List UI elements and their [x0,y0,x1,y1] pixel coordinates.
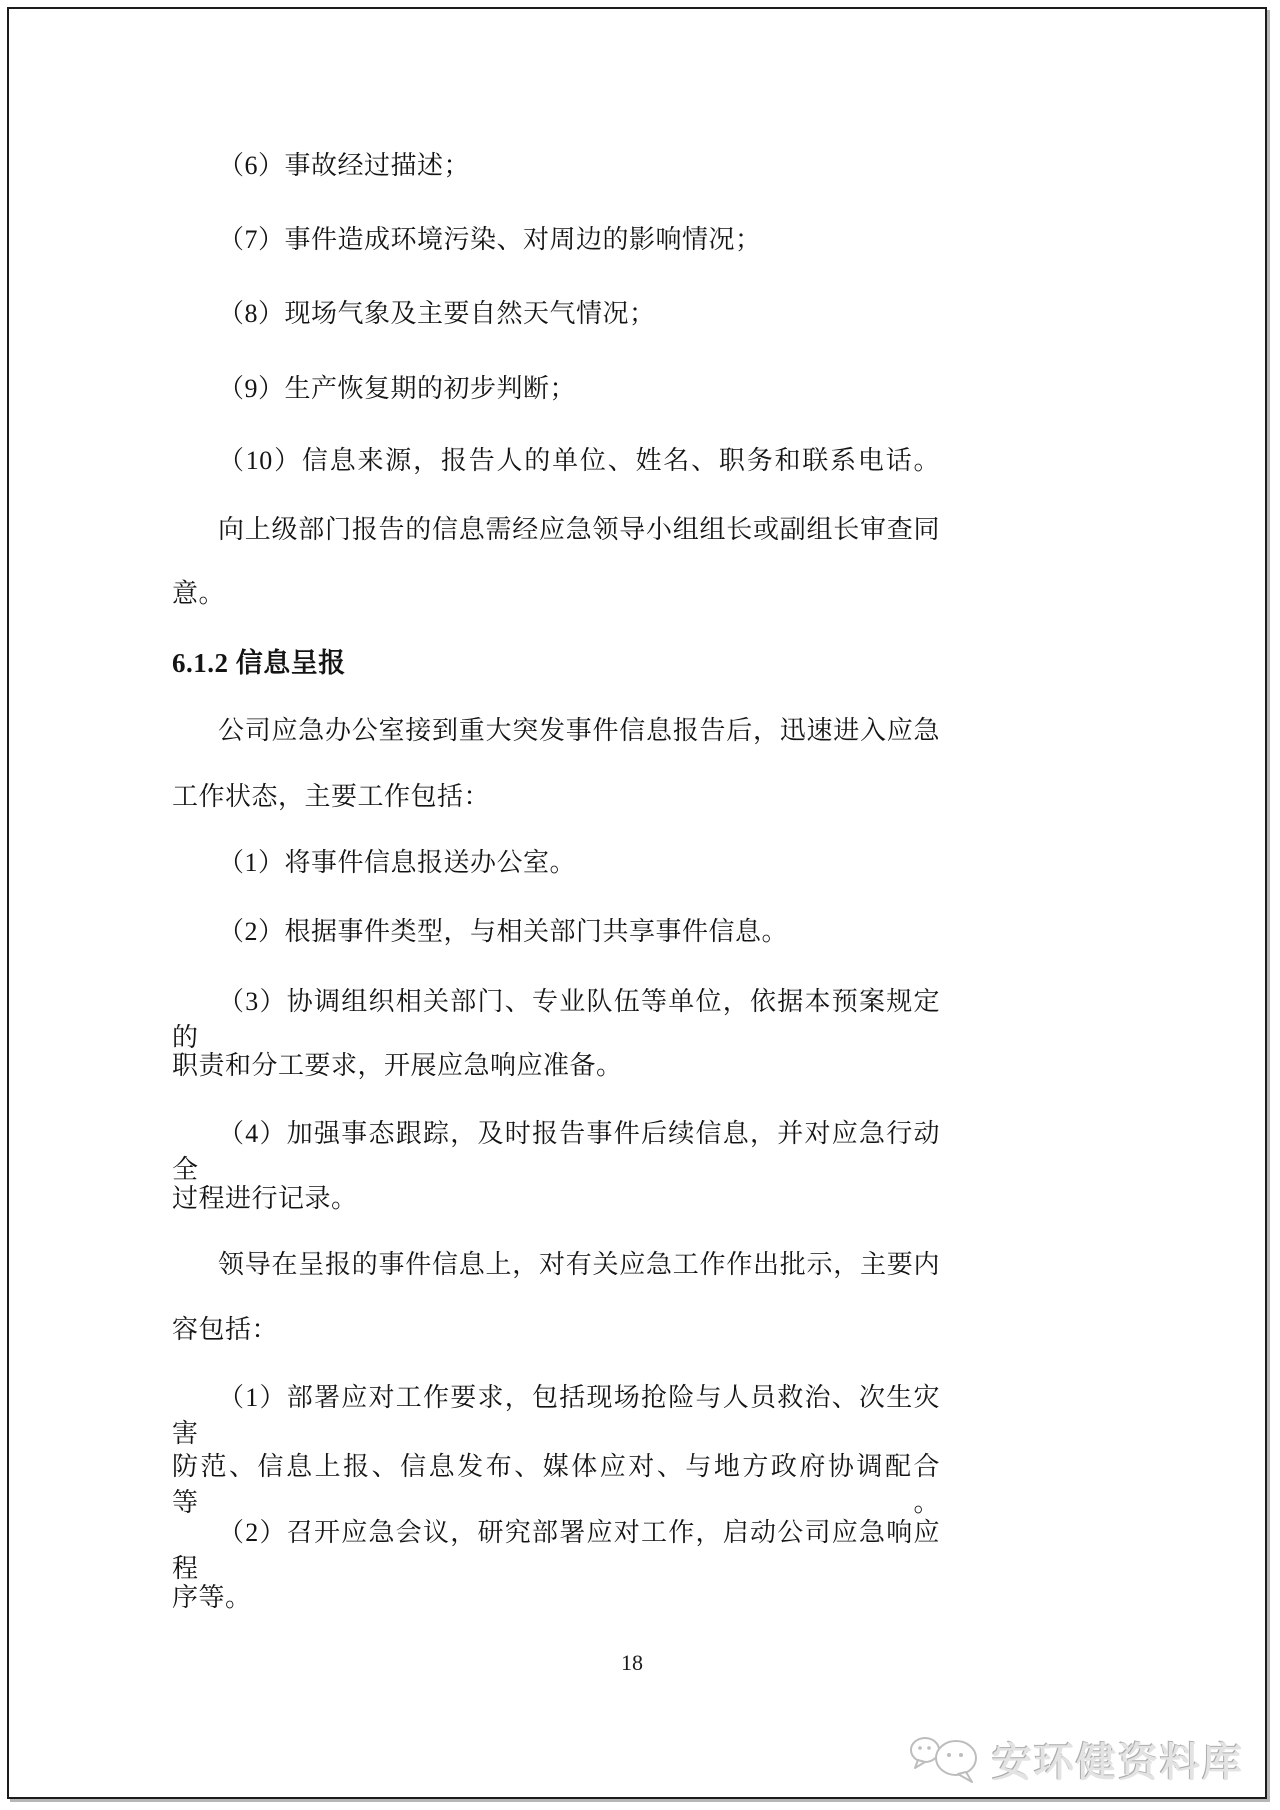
text-line: （8）现场气象及主要自然天气情况； [172,296,940,332]
wechat-icon [908,1728,986,1790]
text-line: 过程进行记录。 [172,1181,940,1217]
text-line: （7）事件造成环境污染、对周边的影响情况； [172,222,940,258]
text-line: （6）事故经过描述； [172,148,940,184]
text-line: 防范、信息上报、信息发布、媒体应对、与地方政府协调配合等。 [172,1449,940,1521]
text-line: 意。 [172,576,940,612]
text-line: （10）信息来源，报告人的单位、姓名、职务和联系电话。 [172,443,940,479]
document-page: （6）事故经过描述； （7）事件造成环境污染、对周边的影响情况； （8）现场气象… [0,0,1280,1810]
footer-watermark: 安环健资料库 [908,1728,1244,1790]
text-line: 职责和分工要求，开展应急响应准备。 [172,1048,940,1084]
text-line: 序等。 [172,1580,940,1616]
text-line: （1）将事件信息报送办公室。 [172,845,940,881]
text-line: 容包括： [172,1312,940,1348]
text-line: 向上级部门报告的信息需经应急领导小组组长或副组长审查同 [172,512,940,548]
footer-brand-text: 安环健资料库 [992,1731,1244,1788]
text-line: （1）部署应对工作要求，包括现场抢险与人员救治、次生灾害 [172,1380,940,1452]
text-line: 公司应急办公室接到重大突发事件信息报告后，迅速进入应急 [172,713,940,749]
page-number: 18 [0,1650,1264,1676]
text-line: （9）生产恢复期的初步判断； [172,371,940,407]
text-line: （3）协调组织相关部门、专业队伍等单位，依据本预案规定的 [172,984,940,1056]
text-line: （4）加强事态跟踪，及时报告事件后续信息，并对应急行动全 [172,1116,940,1188]
text-line: 工作状态，主要工作包括： [172,779,940,815]
section-heading: 6.1.2 信息呈报 [172,645,940,681]
text-line: （2）召开应急会议，研究部署应对工作，启动公司应急响应程 [172,1515,940,1587]
text-line: （2）根据事件类型，与相关部门共享事件信息。 [172,914,940,950]
text-line: 领导在呈报的事件信息上，对有关应急工作作出批示，主要内 [172,1247,940,1283]
